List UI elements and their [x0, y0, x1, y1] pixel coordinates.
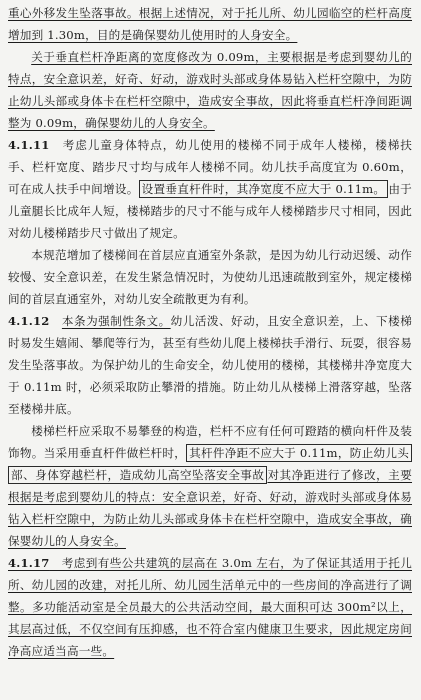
text-run: 幼儿活泼、好动，且安全意识差，上、下楼梯时易发生嬉闹、攀爬等行为，甚至有些幼儿爬… — [8, 314, 412, 416]
text-run: 本规范增加了楼梯间在首层应直通室外条款，是因为幼儿行动迟缓、动作较慢、安全意识差… — [8, 248, 412, 306]
document-content: 重心外移发生坠落事故。根据上述情况，对于托儿所、幼儿园临空的栏杆高度增加到 1.… — [8, 2, 412, 662]
paragraph: 楼梯栏杆应采取不易攀登的构造，栏杆不应有任何可蹬踏的横向杆件及装饰物。当采用垂直… — [8, 420, 412, 552]
underlined-text-run: 重心外移发生坠落事故。根据上述情况，对于托儿所、幼儿园临空的栏杆高度增加到 1.… — [8, 6, 412, 42]
paragraph: 重心外移发生坠落事故。根据上述情况，对于托儿所、幼儿园临空的栏杆高度增加到 1.… — [8, 2, 412, 46]
section-number: 4.1.17 — [8, 556, 50, 570]
underlined-text-run: 关于垂直栏杆净距离的宽度修改为 0.09m，主要根据是考虑到婴幼儿的特点，安全意… — [8, 50, 412, 130]
document-page: 重心外移发生坠落事故。根据上述情况，对于托儿所、幼儿园临空的栏杆高度增加到 1.… — [0, 0, 421, 700]
section-number: 4.1.12 — [8, 314, 50, 328]
paragraph: 4.1.11 考虑儿童身体特点，幼儿使用的楼梯不同于成年人楼梯，楼梯扶手、栏杆宽… — [8, 134, 412, 244]
paragraph: 本规范增加了楼梯间在首层应直通室外条款，是因为幼儿行动迟缓、动作较慢、安全意识差… — [8, 244, 412, 310]
section-number: 4.1.11 — [8, 138, 50, 152]
text-run — [50, 314, 62, 328]
paragraph: 4.1.12 本条为强制性条文。幼儿活泼、好动，且安全意识差，上、下楼梯时易发生… — [8, 310, 412, 420]
paragraph: 4.1.17 考虑到有些公共建筑的层高在 3.0m 左右，为了保证其适用于托儿所… — [8, 552, 412, 662]
boxed-clause: 设置垂直杆件时，其净宽度不应大于 0.11m。 — [139, 180, 389, 198]
paragraph: 关于垂直栏杆净距离的宽度修改为 0.09m，主要根据是考虑到婴幼儿的特点，安全意… — [8, 46, 412, 134]
underlined-text-run: 本条为强制性条文。 — [62, 314, 171, 328]
underlined-text-run: 考虑到有些公共建筑的层高在 3.0m 左右，为了保证其适用于托儿所、幼儿园的改建… — [8, 556, 412, 658]
